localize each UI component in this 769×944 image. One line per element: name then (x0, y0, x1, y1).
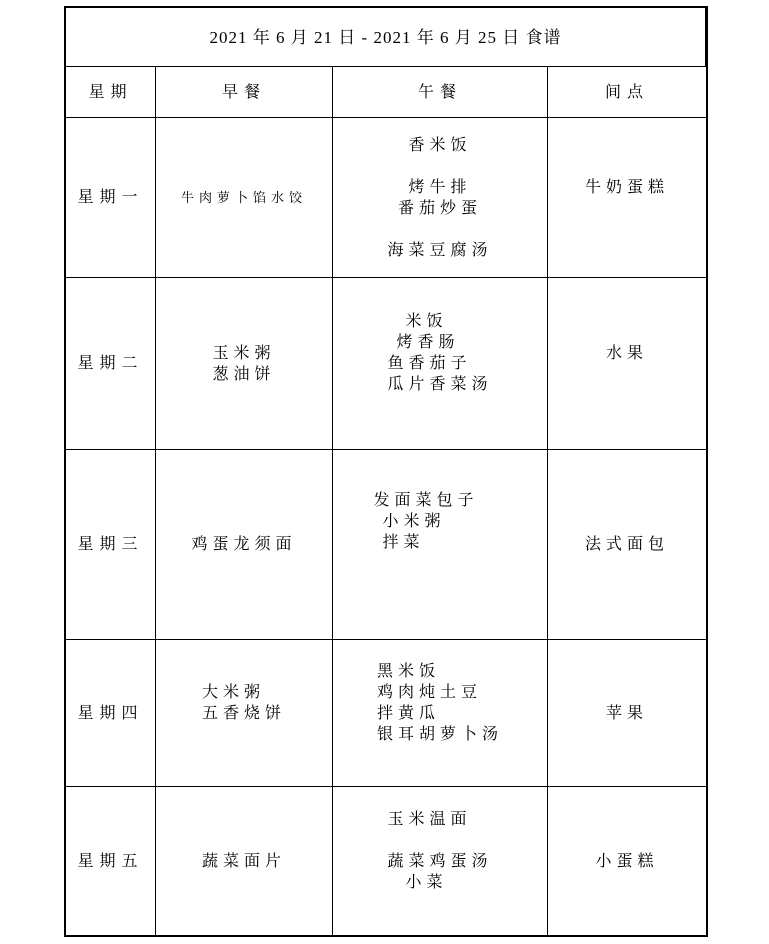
friday-lunch-cell: 玉米温面 蔬菜鸡蛋汤 小菜 (333, 787, 548, 935)
tuesday-breakfast-cell: 玉米粥 葱油饼 (156, 278, 333, 450)
wednesday-lunch-text: 发面菜包子 小米粥 拌菜 (373, 490, 478, 553)
friday-day-cell: 星期五 (66, 787, 156, 935)
tuesday-lunch-cell: 米饭 烤香肠 鱼香茄子 瓜片香菜汤 (333, 278, 548, 450)
friday-snack-cell: 小蛋糕 (548, 787, 706, 935)
thursday-day-cell: 星期四 (66, 640, 156, 787)
monday-breakfast-cell: 牛肉萝卜馅水饺 (156, 118, 333, 278)
monday-snack-text: 牛奶蛋糕 (585, 177, 669, 198)
thursday-lunch-text: 黑米饭 鸡肉炖土豆 拌黄瓜 银耳胡萝卜汤 (377, 661, 503, 745)
tuesday-snack-cell: 水果 (548, 278, 706, 450)
thursday-day-label: 星期四 (77, 703, 143, 724)
weekly-menu-table: 2021 年 6 月 21 日 - 2021 年 6 月 25 日 食谱 星期 … (64, 6, 708, 937)
header-breakfast: 早餐 (156, 67, 333, 118)
friday-breakfast-text: 蔬菜面片 (202, 851, 286, 872)
wednesday-lunch-cell: 发面菜包子 小米粥 拌菜 (333, 450, 548, 640)
header-week: 星期 (66, 67, 156, 118)
friday-lunch-text: 玉米温面 蔬菜鸡蛋汤 小菜 (387, 809, 492, 893)
header-lunch: 午餐 (333, 67, 548, 118)
monday-lunch-text: 香米饭 烤牛排 番茄炒蛋 海菜豆腐汤 (387, 135, 492, 261)
thursday-breakfast-text: 大米粥 五香烧饼 (202, 682, 286, 724)
wednesday-snack-cell: 法式面包 (548, 450, 706, 640)
friday-snack-text: 小蛋糕 (595, 851, 658, 872)
thursday-snack-cell: 苹果 (548, 640, 706, 787)
header-snack-label: 间点 (605, 82, 649, 103)
tuesday-snack-text: 水果 (606, 343, 648, 364)
monday-day-cell: 星期一 (66, 118, 156, 278)
header-snack: 间点 (548, 67, 706, 118)
thursday-breakfast-cell: 大米粥 五香烧饼 (156, 640, 333, 787)
thursday-lunch-cell: 黑米饭 鸡肉炖土豆 拌黄瓜 银耳胡萝卜汤 (333, 640, 548, 787)
header-lunch-label: 午餐 (418, 82, 462, 103)
monday-snack-cell: 牛奶蛋糕 (548, 118, 706, 278)
wednesday-day-cell: 星期三 (66, 450, 156, 640)
wednesday-snack-text: 法式面包 (585, 534, 669, 555)
wednesday-breakfast-cell: 鸡蛋龙须面 (156, 450, 333, 640)
table-title-cell: 2021 年 6 月 21 日 - 2021 年 6 月 25 日 食谱 (66, 8, 706, 67)
monday-day-label: 星期一 (77, 187, 143, 208)
table-title: 2021 年 6 月 21 日 - 2021 年 6 月 25 日 食谱 (210, 27, 562, 48)
thursday-snack-text: 苹果 (606, 703, 648, 724)
tuesday-breakfast-text: 玉米粥 葱油饼 (212, 343, 275, 385)
friday-breakfast-cell: 蔬菜面片 (156, 787, 333, 935)
tuesday-day-cell: 星期二 (66, 278, 156, 450)
tuesday-day-label: 星期二 (77, 353, 143, 374)
friday-day-label: 星期五 (77, 851, 143, 872)
wednesday-breakfast-text: 鸡蛋龙须面 (191, 534, 296, 555)
tuesday-lunch-text: 米饭 烤香肠 鱼香茄子 瓜片香菜汤 (387, 311, 492, 395)
monday-lunch-cell: 香米饭 烤牛排 番茄炒蛋 海菜豆腐汤 (333, 118, 548, 278)
header-week-label: 星期 (88, 82, 132, 103)
header-breakfast-label: 早餐 (222, 82, 266, 103)
wednesday-day-label: 星期三 (77, 534, 143, 555)
monday-breakfast-text: 牛肉萝卜馅水饺 (181, 187, 307, 208)
